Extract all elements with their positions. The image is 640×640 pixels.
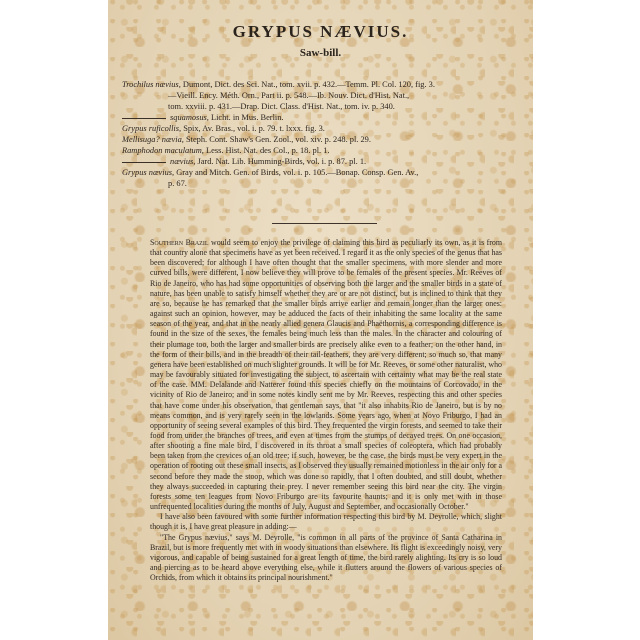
synonymy-entry: tom. xxviii. p. 431.—Drap. Dict. Class. … <box>168 102 395 113</box>
synonymy-entry: Grypus ruficollis, Spix, Av. Bras., vol.… <box>122 124 325 135</box>
synonymy-entry: —Vieill. Ency. Méth. Orn., Part ii. p. 5… <box>168 91 409 102</box>
page-title: GRYPUS NÆVIUS. <box>108 22 533 42</box>
book-page: GRYPUS NÆVIUS. Saw-bill. Trochilus næviu… <box>108 0 533 640</box>
synonymy-entry: Grypus nævius, Gray and Mitch. Gen. of B… <box>122 168 418 179</box>
synonymy-entry: Ramphodon maculatum, Less. Hist. Nat. de… <box>122 146 330 157</box>
synonymy-entry: nævius, Jard. Nat. Lib. Humming-Birds, v… <box>122 157 366 168</box>
synonymy-entry: squamosus, Licht. in Mus. Berlin. <box>122 113 284 124</box>
page-subtitle: Saw-bill. <box>108 47 533 59</box>
body-text: Southern Brazil would seem to enjoy the … <box>150 238 502 583</box>
synonymy-entry: Trochilus nævius, Dumont, Dict. des Sci.… <box>122 80 435 91</box>
paragraph-2: I have also been favoured with some furt… <box>150 512 502 532</box>
paragraph-1: Southern Brazil would seem to enjoy the … <box>150 238 502 512</box>
lead-words: Southern Brazil <box>150 238 209 247</box>
synonymy-entry: p. 67. <box>168 179 187 190</box>
ditto-dash <box>122 162 166 163</box>
ditto-dash <box>122 118 166 119</box>
synonymy-entry: Mellisuga? nævia, Steph. Cont. Shaw's Ge… <box>122 135 371 146</box>
section-divider <box>272 223 377 224</box>
paragraph-3: "The Grypus nævius," says M. Deyrolle, "… <box>150 533 502 584</box>
